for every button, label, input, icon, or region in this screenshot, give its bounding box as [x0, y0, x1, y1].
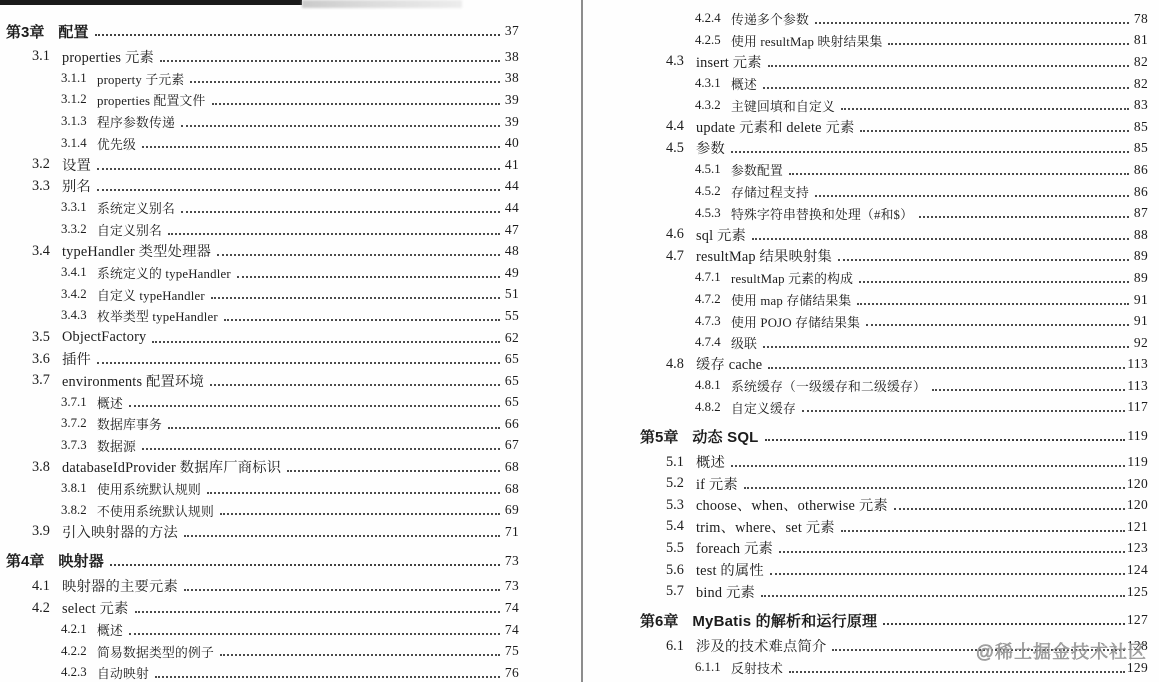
toc-entry-page-number: 89 — [1131, 270, 1148, 286]
toc-entry: 4.2.2 简易数据类型的例子 75 — [6, 640, 519, 662]
toc-entry: 4.2.4 传递多个参数 78 — [640, 8, 1148, 30]
toc-entry-number: 4.5.1 — [695, 162, 731, 177]
toc-entry-page-number: 124 — [1127, 562, 1148, 578]
toc-entry-page-number: 40 — [502, 135, 519, 151]
toc-entry-title: 存储过程支持 — [731, 182, 809, 201]
toc-entry-title: resultMap 元素的构成 — [731, 268, 853, 287]
toc-entry-number: 3.4.2 — [61, 287, 97, 302]
toc-entry-number: 4.5.3 — [695, 206, 731, 221]
toc-page-left: 第3章 配置 37 3.1 properties 元素 38 3.1.1 pro… — [0, 0, 581, 682]
toc-entry: 3.4.3 枚举类型 typeHandler 55 — [6, 305, 519, 327]
toc-entry-title: 概述 — [97, 620, 123, 639]
toc-entry-number: 3.1.2 — [61, 92, 97, 107]
toc-entry-page-number: 123 — [1127, 540, 1148, 556]
toc-entry-page-number: 71 — [502, 524, 519, 540]
toc-entry: 6.1 涉及的技术难点简介 128 — [640, 635, 1148, 657]
toc-entry-page-number: 125 — [1127, 584, 1148, 600]
toc-entry-title: test 的属性 — [696, 560, 764, 580]
toc-entry-number: 6.1.1 — [695, 660, 731, 675]
toc-entry: 4.7.2 使用 map 存储结果集 91 — [640, 289, 1148, 311]
toc-leader-dots — [802, 410, 1125, 412]
toc-entry-page-number: 69 — [502, 502, 519, 518]
toc-leader-dots — [190, 81, 500, 83]
toc-entry-page-number: 37 — [502, 23, 519, 39]
toc-entry-title: trim、where、set 元素 — [696, 517, 835, 537]
toc-entry: 4.3.1 概述 82 — [640, 73, 1148, 95]
toc-leader-dots — [181, 125, 500, 127]
toc-leader-dots — [220, 654, 500, 656]
toc-leader-dots — [763, 346, 1129, 348]
toc-entry-page-number: 65 — [502, 394, 519, 410]
scan-artifact-smudge — [302, 0, 462, 8]
toc-leader-dots — [841, 108, 1129, 110]
toc-entry-number: 3.1.1 — [61, 71, 97, 86]
toc-entry-page-number: 66 — [502, 416, 519, 432]
scan-artifact-bar — [0, 0, 302, 5]
toc-entry: 5.2 if 元素 120 — [640, 473, 1148, 495]
toc-entry-number: 3.5 — [32, 329, 62, 346]
toc-leader-dots — [932, 389, 1125, 391]
toc-entry: 4.8.1 系统缓存（一级缓存和二级缓存） 113 — [640, 375, 1148, 397]
toc-leader-dots — [763, 87, 1129, 89]
toc-entry-page-number: 74 — [502, 622, 519, 638]
toc-leader-dots — [919, 216, 1129, 218]
toc-entry-number: 3.6 — [32, 351, 62, 368]
toc-entry: 3.3.2 自定义别名 47 — [6, 219, 519, 241]
toc-leader-dots — [768, 367, 1125, 369]
toc-entry: 第4章 映射器 73 — [6, 548, 519, 574]
toc-entry-title: 优先级 — [97, 134, 136, 153]
toc-entry-page-number: 76 — [502, 665, 519, 681]
toc-entry-number: 4.2.1 — [61, 622, 97, 637]
book-toc-spread: 第3章 配置 37 3.1 properties 元素 38 3.1.1 pro… — [0, 0, 1159, 682]
toc-entry: 4.7.1 resultMap 元素的构成 89 — [640, 267, 1148, 289]
toc-leader-dots — [768, 65, 1129, 67]
toc-entry-number: 4.4 — [666, 118, 696, 135]
toc-entry-page-number: 39 — [502, 114, 519, 130]
toc-entry: 3.4.1 系统定义的 typeHandler 49 — [6, 262, 519, 284]
toc-leader-dots — [287, 470, 500, 472]
toc-leader-dots — [184, 589, 500, 591]
toc-entry: 3.7.3 数据源 67 — [6, 435, 519, 457]
toc-entry-title: 映射器 — [58, 550, 104, 571]
toc-leader-dots — [888, 43, 1129, 45]
toc-entry-number: 3.3 — [32, 178, 62, 195]
toc-leader-dots — [866, 324, 1129, 326]
toc-entry-title: 使用 POJO 存储结果集 — [731, 312, 860, 331]
toc-entry-number: 第4章 — [6, 550, 44, 571]
toc-leader-dots — [770, 573, 1125, 575]
toc-entry-page-number: 44 — [502, 178, 519, 194]
toc-entry-title: 动态 SQL — [692, 426, 758, 447]
toc-leader-dots — [129, 405, 500, 407]
toc-entry-title: MyBatis 的解析和运行原理 — [692, 610, 877, 631]
toc-entry: 4.1 映射器的主要元素 73 — [6, 576, 519, 598]
toc-entry: 3.3.1 系统定义别名 44 — [6, 197, 519, 219]
toc-entry-number: 4.3.1 — [695, 76, 731, 91]
toc-leader-dots — [160, 60, 500, 62]
toc-entry: 4.7 resultMap 结果映射集 89 — [640, 246, 1148, 268]
toc-entry-title: property 子元素 — [97, 69, 184, 88]
toc-entry-page-number: 81 — [1131, 32, 1148, 48]
toc-entry-page-number: 86 — [1131, 184, 1148, 200]
toc-entry-number: 4.2.3 — [61, 665, 97, 680]
toc-entry-title: bind 元素 — [696, 582, 755, 602]
toc-leader-dots — [97, 168, 500, 170]
toc-entry-page-number: 85 — [1131, 119, 1148, 135]
toc-leader-dots — [212, 103, 500, 105]
toc-entry-number: 4.8.1 — [695, 378, 731, 393]
toc-entry-page-number: 78 — [1131, 11, 1148, 27]
toc-entry-number: 3.7 — [32, 372, 62, 389]
toc-entry: 3.1 properties 元素 38 — [6, 46, 519, 68]
toc-entry-number: 4.8 — [666, 356, 696, 373]
toc-entry-title: 别名 — [62, 176, 91, 196]
toc-entry-number: 3.1.3 — [61, 114, 97, 129]
toc-entry-page-number: 68 — [502, 459, 519, 475]
toc-entry: 3.6 插件 65 — [6, 348, 519, 370]
toc-entry-number: 3.7.3 — [61, 438, 97, 453]
toc-entry-page-number: 44 — [502, 200, 519, 216]
toc-entry: 3.3 别名 44 — [6, 176, 519, 198]
toc-entry-title: 配置 — [58, 21, 88, 42]
toc-entry: 第5章 动态 SQL 119 — [640, 423, 1148, 449]
toc-entry-title: 引入映射器的方法 — [62, 522, 178, 542]
toc-entry-number: 4.5.2 — [695, 184, 731, 199]
toc-entry-number: 4.8.2 — [695, 400, 731, 415]
toc-leader-dots — [857, 303, 1129, 305]
toc-entry: 5.5 foreach 元素 123 — [640, 538, 1148, 560]
toc-entry-title: 级联 — [731, 333, 757, 352]
toc-entry-number: 4.2.2 — [61, 644, 97, 659]
toc-entry-title: 概述 — [731, 74, 757, 93]
toc-entry-page-number: 38 — [502, 49, 519, 65]
toc-entry-number: 4.7.4 — [695, 335, 731, 350]
toc-entry-page-number: 74 — [502, 600, 519, 616]
toc-entry-page-number: 65 — [502, 373, 519, 389]
toc-entry-page-number: 129 — [1127, 660, 1148, 676]
toc-entry-list: 第3章 配置 37 3.1 properties 元素 38 3.1.1 pro… — [6, 18, 519, 682]
toc-leader-dots — [744, 487, 1125, 489]
toc-entry-number: 4.3 — [666, 53, 696, 70]
toc-entry-page-number: 62 — [502, 330, 519, 346]
toc-entry-number: 3.7.1 — [61, 395, 97, 410]
toc-entry-page-number: 119 — [1127, 454, 1148, 470]
toc-entry-number: 5.3 — [666, 497, 696, 514]
toc-leader-dots — [731, 151, 1129, 153]
toc-entry-number: 4.7.2 — [695, 292, 731, 307]
toc-leader-dots — [155, 676, 500, 678]
toc-entry-title: 使用 map 存储结果集 — [731, 290, 851, 309]
toc-entry-number: 第3章 — [6, 21, 44, 42]
toc-entry: 5.7 bind 元素 125 — [640, 581, 1148, 603]
toc-entry-page-number: 41 — [502, 157, 519, 173]
toc-entry-title: databaseIdProvider 数据库厂商标识 — [62, 457, 281, 477]
toc-entry-title: 自动映射 — [97, 663, 149, 682]
toc-entry-page-number: 55 — [502, 308, 519, 324]
toc-entry: 5.3 choose、when、otherwise 元素 120 — [640, 494, 1148, 516]
toc-leader-dots — [181, 211, 500, 213]
toc-entry-page-number: 38 — [502, 70, 519, 86]
toc-entry-page-number: 88 — [1131, 227, 1148, 243]
toc-entry: 4.7.3 使用 POJO 存储结果集 91 — [640, 310, 1148, 332]
toc-leader-dots — [789, 671, 1125, 673]
toc-entry-number: 3.4.1 — [61, 265, 97, 280]
toc-entry-title: 简易数据类型的例子 — [97, 642, 214, 661]
toc-entry-title: 系统定义别名 — [97, 198, 175, 217]
toc-entry-number: 3.1.4 — [61, 136, 97, 151]
toc-entry-number: 5.4 — [666, 518, 696, 535]
toc-entry-number: 6.1 — [666, 638, 696, 655]
toc-entry: 3.7.2 数据库事务 66 — [6, 413, 519, 435]
toc-entry-number: 4.2 — [32, 600, 62, 617]
toc-entry-number: 3.1 — [32, 48, 62, 65]
toc-entry-title: 使用 resultMap 映射结果集 — [731, 31, 882, 50]
toc-leader-dots — [752, 238, 1129, 240]
toc-entry-title: 不使用系统默认规则 — [97, 501, 214, 520]
toc-entry-title: sql 元素 — [696, 225, 746, 245]
toc-entry-title: 设置 — [62, 155, 91, 175]
toc-leader-dots — [97, 362, 500, 364]
toc-leader-dots — [211, 297, 500, 299]
toc-entry-list: 4.2.4 传递多个参数 78 4.2.5 使用 resultMap 映射结果集… — [640, 8, 1148, 679]
toc-entry-page-number: 82 — [1131, 54, 1148, 70]
toc-leader-dots — [832, 649, 1124, 651]
toc-entry-title: 自定义缓存 — [731, 398, 796, 417]
toc-entry-title: 涉及的技术难点简介 — [696, 636, 826, 656]
toc-entry-page-number: 119 — [1127, 428, 1148, 444]
toc-entry-title: foreach 元素 — [696, 538, 773, 558]
toc-entry: 第6章 MyBatis 的解析和运行原理 127 — [640, 607, 1148, 633]
toc-leader-dots — [135, 611, 500, 613]
toc-leader-dots — [217, 254, 500, 256]
toc-entry-title: environments 配置环境 — [62, 371, 204, 391]
toc-entry-number: 5.2 — [666, 475, 696, 492]
toc-entry-title: 系统定义的 typeHandler — [97, 263, 231, 282]
toc-entry-page-number: 127 — [1127, 612, 1148, 628]
toc-leader-dots — [142, 146, 500, 148]
toc-leader-dots — [731, 465, 1125, 467]
toc-entry-page-number: 120 — [1127, 476, 1148, 492]
toc-entry: 4.4 update 元素和 delete 元素 85 — [640, 116, 1148, 138]
toc-entry: 3.4 typeHandler 类型处理器 48 — [6, 240, 519, 262]
toc-leader-dots — [110, 564, 500, 566]
toc-leader-dots — [207, 492, 500, 494]
toc-entry-number: 4.7.1 — [695, 270, 731, 285]
toc-entry-page-number: 39 — [502, 92, 519, 108]
toc-leader-dots — [184, 535, 500, 537]
toc-entry: 4.6 sql 元素 88 — [640, 224, 1148, 246]
toc-leader-dots — [237, 276, 500, 278]
toc-entry: 4.8 缓存 cache 113 — [640, 354, 1148, 376]
toc-entry-page-number: 91 — [1131, 313, 1148, 329]
toc-entry-title: 自定义 typeHandler — [97, 285, 205, 304]
toc-entry: 3.1.2 properties 配置文件 39 — [6, 89, 519, 111]
toc-leader-dots — [859, 281, 1129, 283]
toc-entry-page-number: 87 — [1131, 205, 1148, 221]
toc-leader-dots — [224, 319, 500, 321]
toc-entry-number: 3.8.2 — [61, 503, 97, 518]
toc-entry-page-number: 73 — [502, 578, 519, 594]
toc-entry-page-number: 117 — [1127, 399, 1148, 415]
toc-entry-title: insert 元素 — [696, 52, 762, 72]
toc-leader-dots — [95, 34, 500, 36]
toc-leader-dots — [129, 633, 500, 635]
toc-entry-number: 第5章 — [640, 426, 678, 447]
toc-leader-dots — [838, 259, 1129, 261]
toc-entry-page-number: 121 — [1127, 519, 1148, 535]
toc-entry-number: 3.8.1 — [61, 481, 97, 496]
toc-leader-dots — [97, 189, 500, 191]
toc-entry-page-number: 91 — [1131, 292, 1148, 308]
toc-entry-title: 程序参数传递 — [97, 112, 175, 131]
toc-entry-title: 传递多个参数 — [731, 9, 809, 28]
toc-entry-title: 插件 — [62, 349, 91, 369]
toc-leader-dots — [815, 22, 1129, 24]
toc-entry-title: 参数 — [696, 138, 725, 158]
toc-entry-page-number: 85 — [1131, 140, 1148, 156]
toc-entry: 4.2.5 使用 resultMap 映射结果集 81 — [640, 30, 1148, 52]
toc-entry-title: properties 元素 — [62, 47, 154, 67]
toc-entry: 5.1 概述 119 — [640, 451, 1148, 473]
toc-entry: 3.8 databaseIdProvider 数据库厂商标识 68 — [6, 456, 519, 478]
toc-leader-dots — [789, 173, 1129, 175]
toc-entry-number: 4.2.5 — [695, 33, 731, 48]
toc-entry: 3.1.4 优先级 40 — [6, 132, 519, 154]
toc-entry-page-number: 113 — [1127, 356, 1148, 372]
toc-entry-number: 4.3.2 — [695, 98, 731, 113]
toc-entry-page-number: 86 — [1131, 162, 1148, 178]
toc-leader-dots — [210, 384, 500, 386]
toc-entry-title: 自定义别名 — [97, 220, 162, 239]
toc-entry: 3.9 引入映射器的方法 71 — [6, 521, 519, 543]
toc-entry-title: 系统缓存（一级缓存和二级缓存） — [731, 376, 926, 395]
toc-entry-number: 5.6 — [666, 562, 696, 579]
toc-leader-dots — [168, 427, 500, 429]
toc-leader-dots — [220, 513, 500, 515]
toc-entry-title: if 元素 — [696, 474, 738, 494]
toc-entry-title: update 元素和 delete 元素 — [696, 117, 854, 137]
toc-entry-number: 3.8 — [32, 459, 62, 476]
toc-leader-dots — [152, 341, 500, 343]
toc-entry-number: 3.4.3 — [61, 308, 97, 323]
toc-entry-title: 使用系统默认规则 — [97, 479, 201, 498]
toc-entry: 4.3 insert 元素 82 — [640, 51, 1148, 73]
toc-entry-title: 主键回填和自定义 — [731, 96, 835, 115]
toc-entry: 第3章 配置 37 — [6, 18, 519, 44]
toc-entry-number: 4.6 — [666, 226, 696, 243]
toc-entry-title: choose、when、otherwise 元素 — [696, 495, 888, 515]
toc-entry: 3.5 ObjectFactory 62 — [6, 327, 519, 349]
toc-leader-dots — [142, 448, 500, 450]
toc-entry-number: 5.5 — [666, 540, 696, 557]
toc-entry-title: 概述 — [696, 452, 725, 472]
toc-entry: 3.8.1 使用系统默认规则 68 — [6, 478, 519, 500]
toc-entry-title: 数据源 — [97, 436, 136, 455]
toc-entry-number: 4.5 — [666, 140, 696, 157]
toc-entry-number: 5.1 — [666, 454, 696, 471]
toc-entry-page-number: 68 — [502, 481, 519, 497]
toc-entry-page-number: 83 — [1131, 97, 1148, 113]
toc-entry: 4.2.3 自动映射 76 — [6, 662, 519, 682]
toc-leader-dots — [765, 439, 1126, 441]
toc-leader-dots — [779, 551, 1125, 553]
toc-entry-page-number: 65 — [502, 351, 519, 367]
toc-leader-dots — [841, 530, 1125, 532]
toc-page-right: 4.2.4 传递多个参数 78 4.2.5 使用 resultMap 映射结果集… — [583, 0, 1159, 682]
toc-entry-title: ObjectFactory — [62, 329, 146, 346]
toc-entry-page-number: 47 — [502, 222, 519, 238]
toc-entry-page-number: 128 — [1127, 638, 1148, 654]
toc-entry-number: 4.7 — [666, 248, 696, 265]
toc-entry-number: 4.7.3 — [695, 314, 731, 329]
toc-entry-page-number: 82 — [1131, 76, 1148, 92]
toc-entry-number: 5.7 — [666, 583, 696, 600]
toc-entry: 4.7.4 级联 92 — [640, 332, 1148, 354]
toc-leader-dots — [883, 623, 1125, 625]
toc-entry-number: 第6章 — [640, 610, 678, 631]
toc-entry-title: properties 配置文件 — [97, 90, 206, 109]
toc-entry-page-number: 48 — [502, 243, 519, 259]
toc-entry: 3.7.1 概述 65 — [6, 392, 519, 414]
toc-entry: 3.1.3 程序参数传递 39 — [6, 111, 519, 133]
toc-entry: 3.4.2 自定义 typeHandler 51 — [6, 284, 519, 306]
toc-entry-number: 3.4 — [32, 243, 62, 260]
toc-entry: 5.6 test 的属性 124 — [640, 559, 1148, 581]
toc-entry: 3.2 设置 41 — [6, 154, 519, 176]
toc-entry-title: 概述 — [97, 393, 123, 412]
toc-entry-page-number: 73 — [502, 553, 519, 569]
toc-entry: 4.8.2 自定义缓存 117 — [640, 397, 1148, 419]
toc-entry-page-number: 49 — [502, 265, 519, 281]
toc-entry: 3.8.2 不使用系统默认规则 69 — [6, 499, 519, 521]
toc-leader-dots — [815, 195, 1129, 197]
toc-entry: 4.5.1 参数配置 86 — [640, 159, 1148, 181]
toc-entry-title: select 元素 — [62, 598, 129, 618]
toc-entry: 6.1.1 反射技术 129 — [640, 657, 1148, 679]
toc-entry-title: resultMap 结果映射集 — [696, 246, 832, 266]
toc-entry-number: 3.3.1 — [61, 200, 97, 215]
toc-entry-title: 映射器的主要元素 — [62, 576, 178, 596]
toc-entry-number: 4.1 — [32, 578, 62, 595]
toc-entry: 4.3.2 主键回填和自定义 83 — [640, 94, 1148, 116]
toc-entry-number: 3.2 — [32, 156, 62, 173]
toc-entry-title: 缓存 cache — [696, 354, 762, 374]
toc-entry: 4.2.1 概述 74 — [6, 619, 519, 641]
toc-entry: 3.1.1 property 子元素 38 — [6, 68, 519, 90]
toc-entry-page-number: 75 — [502, 643, 519, 659]
toc-entry: 3.7 environments 配置环境 65 — [6, 370, 519, 392]
toc-leader-dots — [894, 508, 1125, 510]
toc-entry: 4.5.2 存储过程支持 86 — [640, 181, 1148, 203]
toc-entry-page-number: 120 — [1127, 497, 1148, 513]
toc-entry-number: 3.9 — [32, 523, 62, 540]
toc-entry-title: 数据库事务 — [97, 414, 162, 433]
toc-entry-number: 3.7.2 — [61, 416, 97, 431]
toc-entry-title: 枚举类型 typeHandler — [97, 306, 218, 325]
toc-entry: 4.2 select 元素 74 — [6, 597, 519, 619]
toc-entry: 4.5 参数 85 — [640, 138, 1148, 160]
toc-entry-page-number: 51 — [502, 286, 519, 302]
toc-leader-dots — [168, 233, 500, 235]
toc-entry-page-number: 92 — [1131, 335, 1148, 351]
toc-entry: 4.5.3 特殊字符串替换和处理（#和$） 87 — [640, 202, 1148, 224]
toc-entry-title: typeHandler 类型处理器 — [62, 241, 211, 261]
toc-entry-page-number: 67 — [502, 437, 519, 453]
toc-entry-number: 4.2.4 — [695, 11, 731, 26]
toc-leader-dots — [761, 595, 1125, 597]
toc-entry-number: 3.3.2 — [61, 222, 97, 237]
